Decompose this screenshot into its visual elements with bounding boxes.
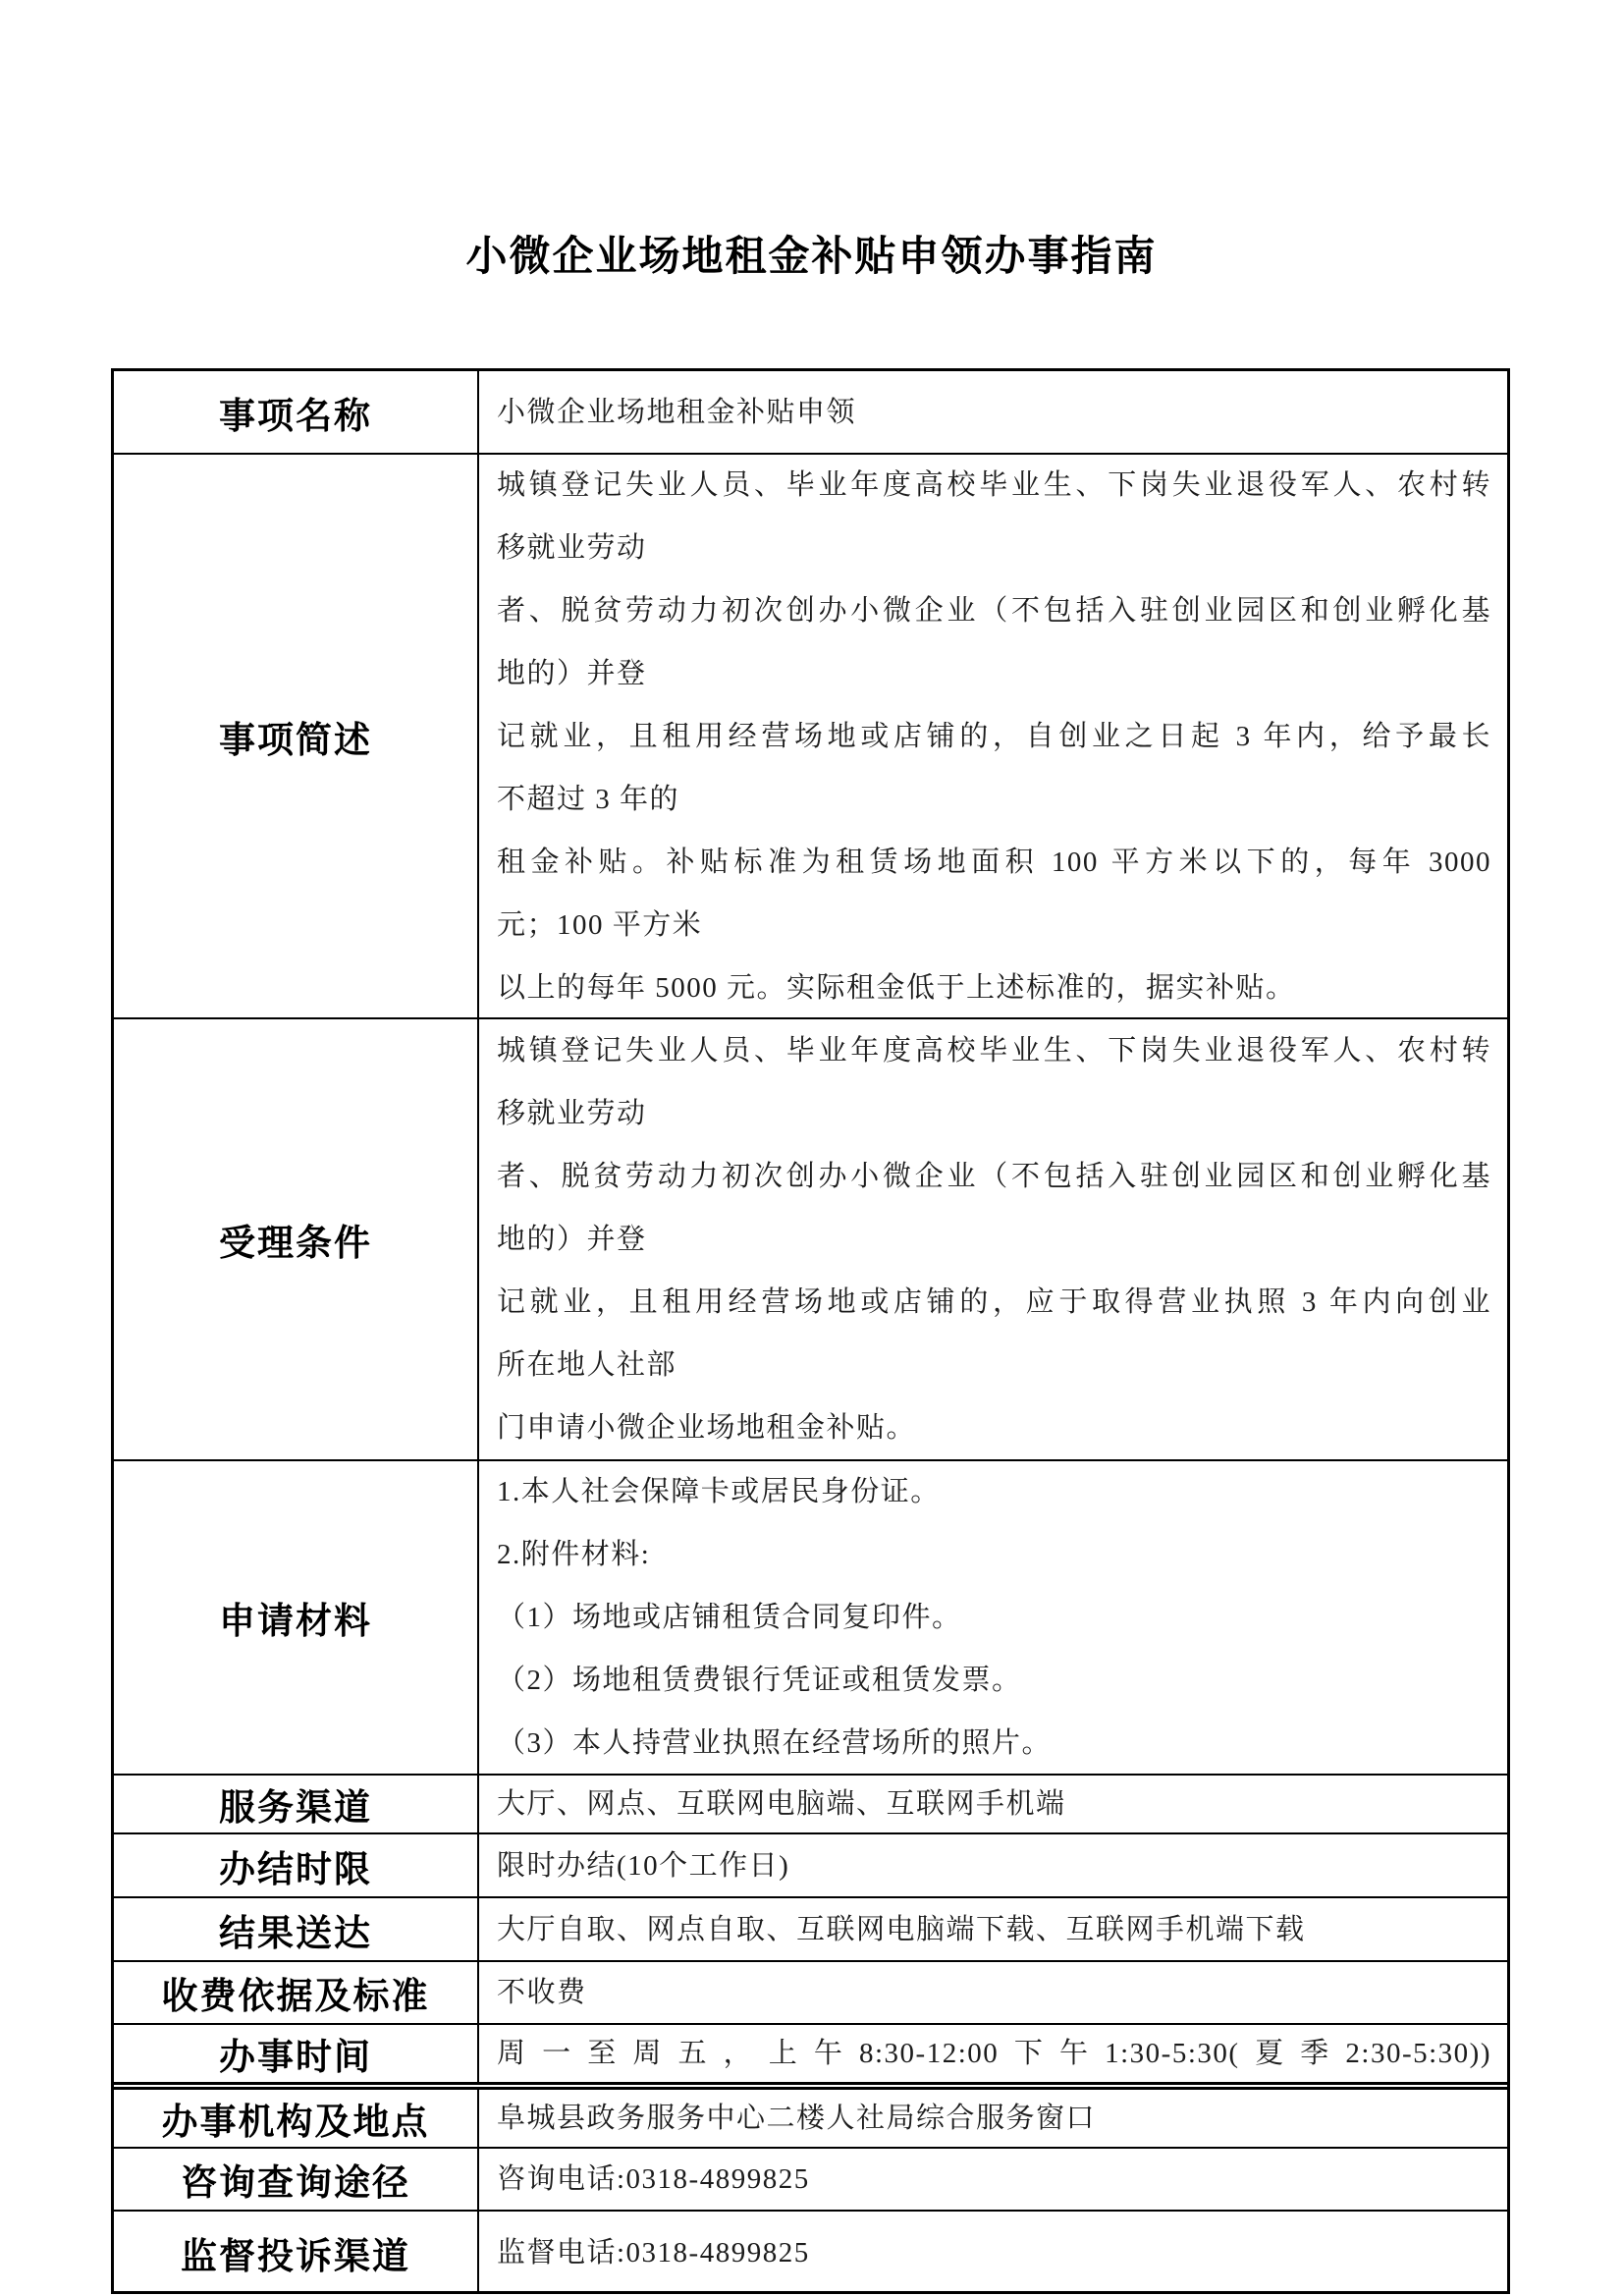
row-label: 办事机构及地点 — [114, 2090, 479, 2147]
row-content: 大厅、网点、互联网电脑端、互联网手机端 — [479, 1776, 1507, 1832]
row-label: 事项名称 — [114, 371, 479, 453]
row-content: 大厅自取、网点自取、互联网电脑端下载、互联网手机端下载 — [479, 1898, 1507, 1960]
row-content: 1.本人社会保障卡或居民身份证。2.附件材料:（1）场地或店铺租赁合同复印件。（… — [479, 1461, 1507, 1774]
row-label: 结果送达 — [114, 1898, 479, 1960]
content-line: 2.附件材料: — [497, 1523, 1491, 1586]
table-row: 申请材料1.本人社会保障卡或居民身份证。2.附件材料:（1）场地或店铺租赁合同复… — [114, 1459, 1507, 1774]
row-content: 周一至周五，上午8:30-12:00下午1:30-5:30(夏季2:30-5:3… — [479, 2025, 1507, 2082]
content-line: 记就业，且租用经营场地或店铺的，自创业之日起 3 年内，给予最长 — [497, 705, 1491, 768]
row-label: 办事时间 — [114, 2025, 479, 2082]
content-line: （3）本人持营业执照在经营场所的照片。 — [497, 1712, 1491, 1774]
table-row: 办结时限限时办结(10个工作日) — [114, 1832, 1507, 1896]
content-line: 城镇登记失业人员、毕业年度高校毕业生、下岗失业退役军人、农村转 — [497, 1019, 1491, 1082]
content-line: 者、脱贫劳动力初次创办小微企业（不包括入驻创业园区和创业孵化基 — [497, 1145, 1491, 1208]
content-line: 租金补贴。补贴标准为租赁场地面积 100 平方米以下的，每年 3000 — [497, 831, 1491, 894]
content-line: 以上的每年 5000 元。实际租金低于上述标准的，据实补贴。 — [497, 957, 1491, 1018]
content-line: 所在地人社部 — [497, 1334, 1491, 1396]
content-line: 记就业，且租用经营场地或店铺的，应于取得营业执照 3 年内向创业 — [497, 1271, 1491, 1334]
content-line: 地的）并登 — [497, 642, 1491, 705]
table-row: 监督投诉渠道监督电话:0318-4899825 — [114, 2210, 1507, 2294]
content-line: 不收费 — [497, 1962, 1491, 2023]
table-row: 结果送达大厅自取、网点自取、互联网电脑端下载、互联网手机端下载 — [114, 1896, 1507, 1960]
row-content: 小微企业场地租金补贴申领 — [479, 371, 1507, 453]
row-label: 事项简述 — [114, 455, 479, 1017]
table-row: 办事时间周一至周五，上午8:30-12:00下午1:30-5:30(夏季2:30… — [114, 2023, 1507, 2082]
row-label: 收费依据及标准 — [114, 1962, 479, 2023]
content-line: （1）场地或店铺租赁合同复印件。 — [497, 1586, 1491, 1649]
row-label: 咨询查询途径 — [114, 2149, 479, 2210]
row-label: 申请材料 — [114, 1461, 479, 1774]
row-content: 阜城县政务服务中心二楼人社局综合服务窗口 — [479, 2090, 1507, 2147]
content-line: 移就业劳动 — [497, 1082, 1491, 1145]
table-row: 咨询查询途径咨询电话:0318-4899825 — [114, 2147, 1507, 2210]
row-content: 监督电话:0318-4899825 — [479, 2212, 1507, 2294]
table-row: 服务渠道大厅、网点、互联网电脑端、互联网手机端 — [114, 1774, 1507, 1832]
row-content: 不收费 — [479, 1962, 1507, 2023]
content-line: 限时办结(10个工作日) — [497, 1834, 1491, 1896]
content-line: 小微企业场地租金补贴申领 — [497, 381, 1491, 444]
row-content: 限时办结(10个工作日) — [479, 1834, 1507, 1896]
row-label: 受理条件 — [114, 1019, 479, 1459]
table-row: 受理条件城镇登记失业人员、毕业年度高校毕业生、下岗失业退役军人、农村转移就业劳动… — [114, 1017, 1507, 1459]
document-page: { "page": { "title": "小微企业场地租金补贴申领办事指南" … — [0, 0, 1623, 2296]
content-line: 阜城县政务服务中心二楼人社局综合服务窗口 — [497, 2090, 1491, 2147]
row-content: 咨询电话:0318-4899825 — [479, 2149, 1507, 2210]
content-line: 者、脱贫劳动力初次创办小微企业（不包括入驻创业园区和创业孵化基 — [497, 579, 1491, 642]
content-line: 1.本人社会保障卡或居民身份证。 — [497, 1461, 1491, 1523]
content-line: 门申请小微企业场地租金补贴。 — [497, 1396, 1491, 1459]
content-line: 移就业劳动 — [497, 517, 1491, 579]
document-title: 小微企业场地租金补贴申领办事指南 — [0, 224, 1623, 283]
content-line: 监督电话:0318-4899825 — [497, 2221, 1491, 2284]
row-label: 办结时限 — [114, 1834, 479, 1896]
table-row: 事项名称小微企业场地租金补贴申领 — [114, 371, 1507, 453]
content-line: 大厅、网点、互联网电脑端、互联网手机端 — [497, 1776, 1491, 1832]
table-row: 收费依据及标准不收费 — [114, 1960, 1507, 2023]
row-label: 监督投诉渠道 — [114, 2212, 479, 2294]
content-line: 城镇登记失业人员、毕业年度高校毕业生、下岗失业退役军人、农村转 — [497, 455, 1491, 517]
table-row: 办事机构及地点阜城县政务服务中心二楼人社局综合服务窗口 — [114, 2082, 1507, 2147]
content-line: 不超过 3 年的 — [497, 768, 1491, 831]
row-content: 城镇登记失业人员、毕业年度高校毕业生、下岗失业退役军人、农村转移就业劳动者、脱贫… — [479, 455, 1507, 1017]
service-guide-table: 事项名称小微企业场地租金补贴申领事项简述城镇登记失业人员、毕业年度高校毕业生、下… — [111, 368, 1510, 2294]
row-content: 城镇登记失业人员、毕业年度高校毕业生、下岗失业退役军人、农村转移就业劳动者、脱贫… — [479, 1019, 1507, 1459]
content-line: 周一至周五，上午8:30-12:00下午1:30-5:30(夏季2:30-5:3… — [497, 2025, 1491, 2082]
content-line: 大厅自取、网点自取、互联网电脑端下载、互联网手机端下载 — [497, 1898, 1491, 1960]
content-line: 元；100 平方米 — [497, 894, 1491, 957]
table-row: 事项简述城镇登记失业人员、毕业年度高校毕业生、下岗失业退役军人、农村转移就业劳动… — [114, 453, 1507, 1017]
content-line: 咨询电话:0318-4899825 — [497, 2149, 1491, 2210]
row-label: 服务渠道 — [114, 1776, 479, 1832]
content-line: 地的）并登 — [497, 1208, 1491, 1271]
content-line: （2）场地租赁费银行凭证或租赁发票。 — [497, 1649, 1491, 1712]
